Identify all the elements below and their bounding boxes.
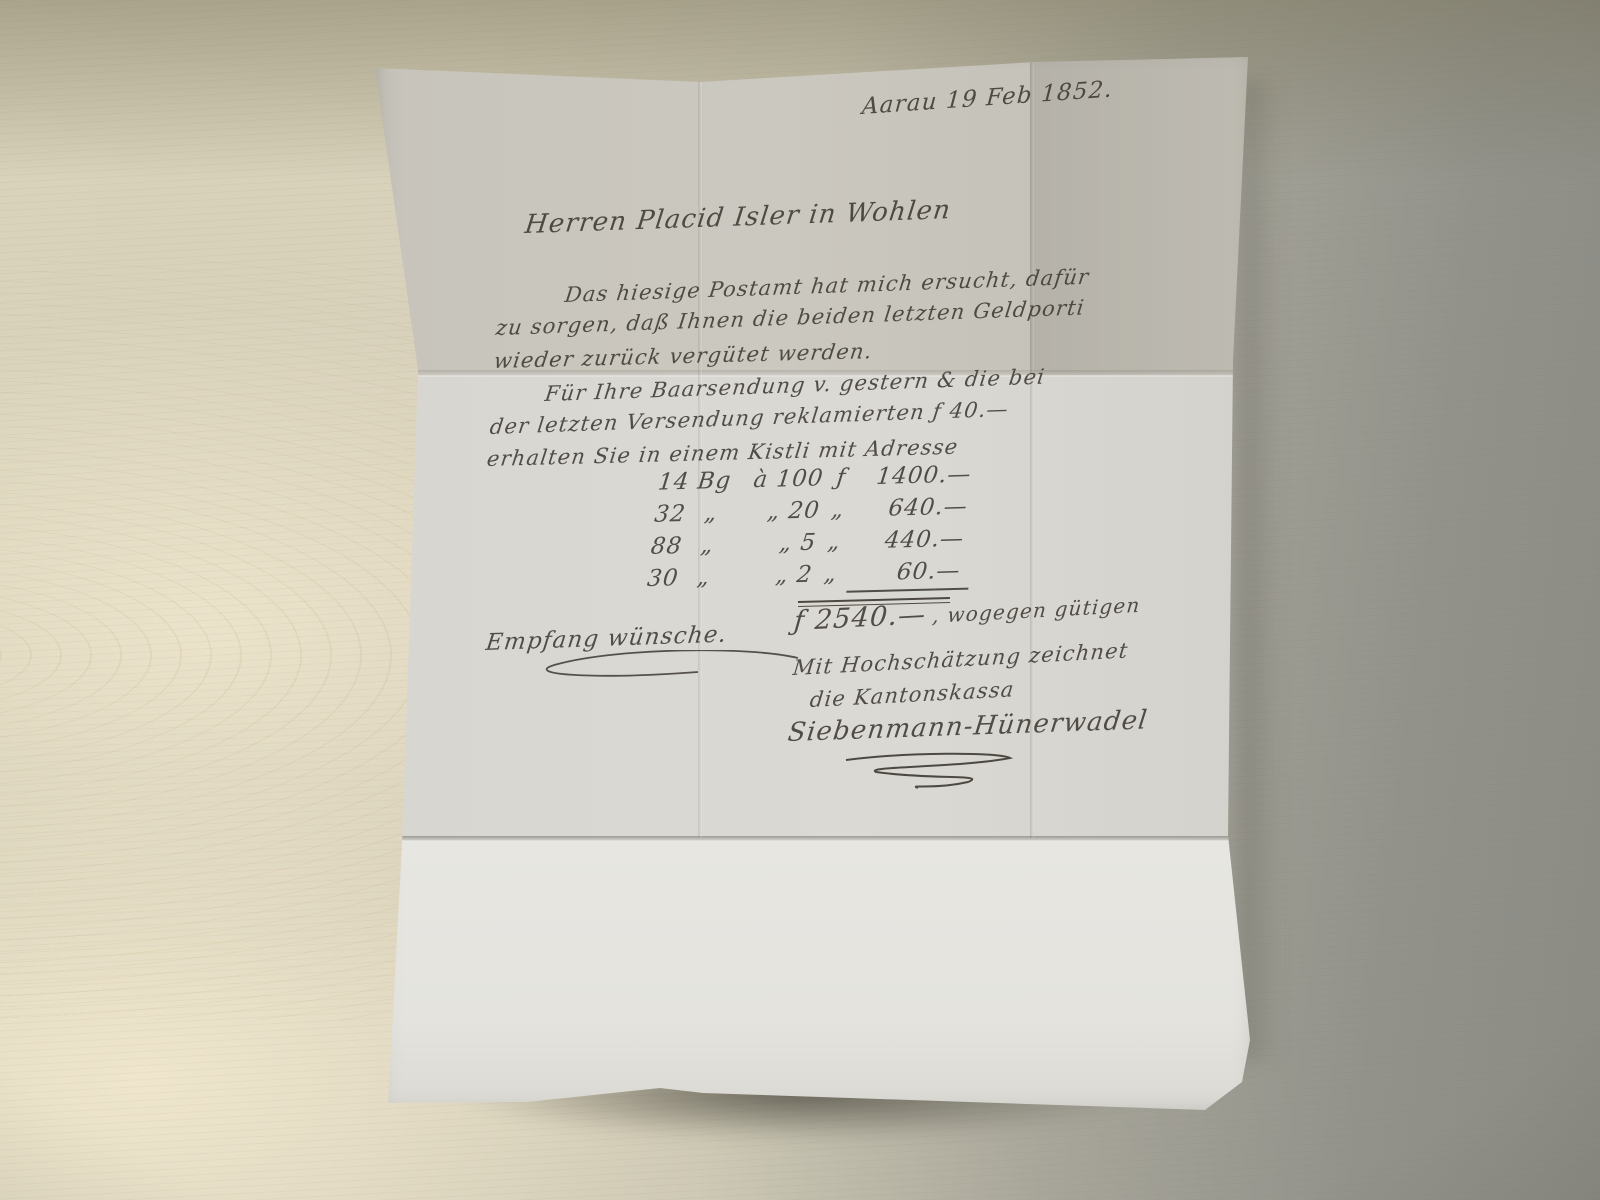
fold-crease-lower (388, 836, 1258, 842)
amount-rate: „ 20 (734, 497, 822, 531)
amount-dash: — (938, 525, 976, 558)
amount-rate: à 100 (737, 465, 825, 499)
amount-unit: „ (680, 532, 734, 565)
amount-unit: Bg (687, 467, 741, 500)
wood-grain-arcs (0, 260, 430, 1020)
amount-dash: — (942, 493, 980, 526)
amount-qty: 30 (630, 565, 680, 598)
signature-flourish-stroke (838, 752, 1028, 796)
amount-unit: „ (676, 564, 730, 597)
amount-value: 440. (850, 526, 942, 560)
amount-currency: „ (818, 496, 858, 529)
amount-currency: ƒ (821, 464, 861, 497)
paper-side-shadow (1238, 80, 1280, 1060)
paper-bottom-flap (370, 840, 1258, 1116)
letter-photo: Aarau 19 Feb 1852. Herren Placid Isler i… (0, 0, 1600, 1200)
amount-unit: „ (684, 500, 738, 533)
amount-dash: — (934, 557, 972, 590)
amount-value: 1400. (857, 462, 949, 496)
amount-currency: „ (814, 529, 854, 562)
amount-currency: „ (810, 561, 850, 594)
amount-table: 14 Bg à 100 ƒ 1400. — 32 „ „ 20 „ 640. —… (630, 461, 983, 598)
amount-value: 60. (846, 558, 938, 592)
amount-dash: — (945, 461, 983, 494)
amount-qty: 88 (634, 533, 684, 566)
amount-rate: „ 2 (726, 562, 814, 596)
letter-paper: Aarau 19 Feb 1852. Herren Placid Isler i… (370, 50, 1258, 1116)
amount-qty: 14 (641, 469, 691, 502)
amount-value: 640. (854, 494, 946, 528)
receipt-flourish-stroke (498, 650, 808, 686)
amount-rate: „ 5 (730, 530, 818, 564)
amount-qty: 32 (638, 501, 688, 534)
